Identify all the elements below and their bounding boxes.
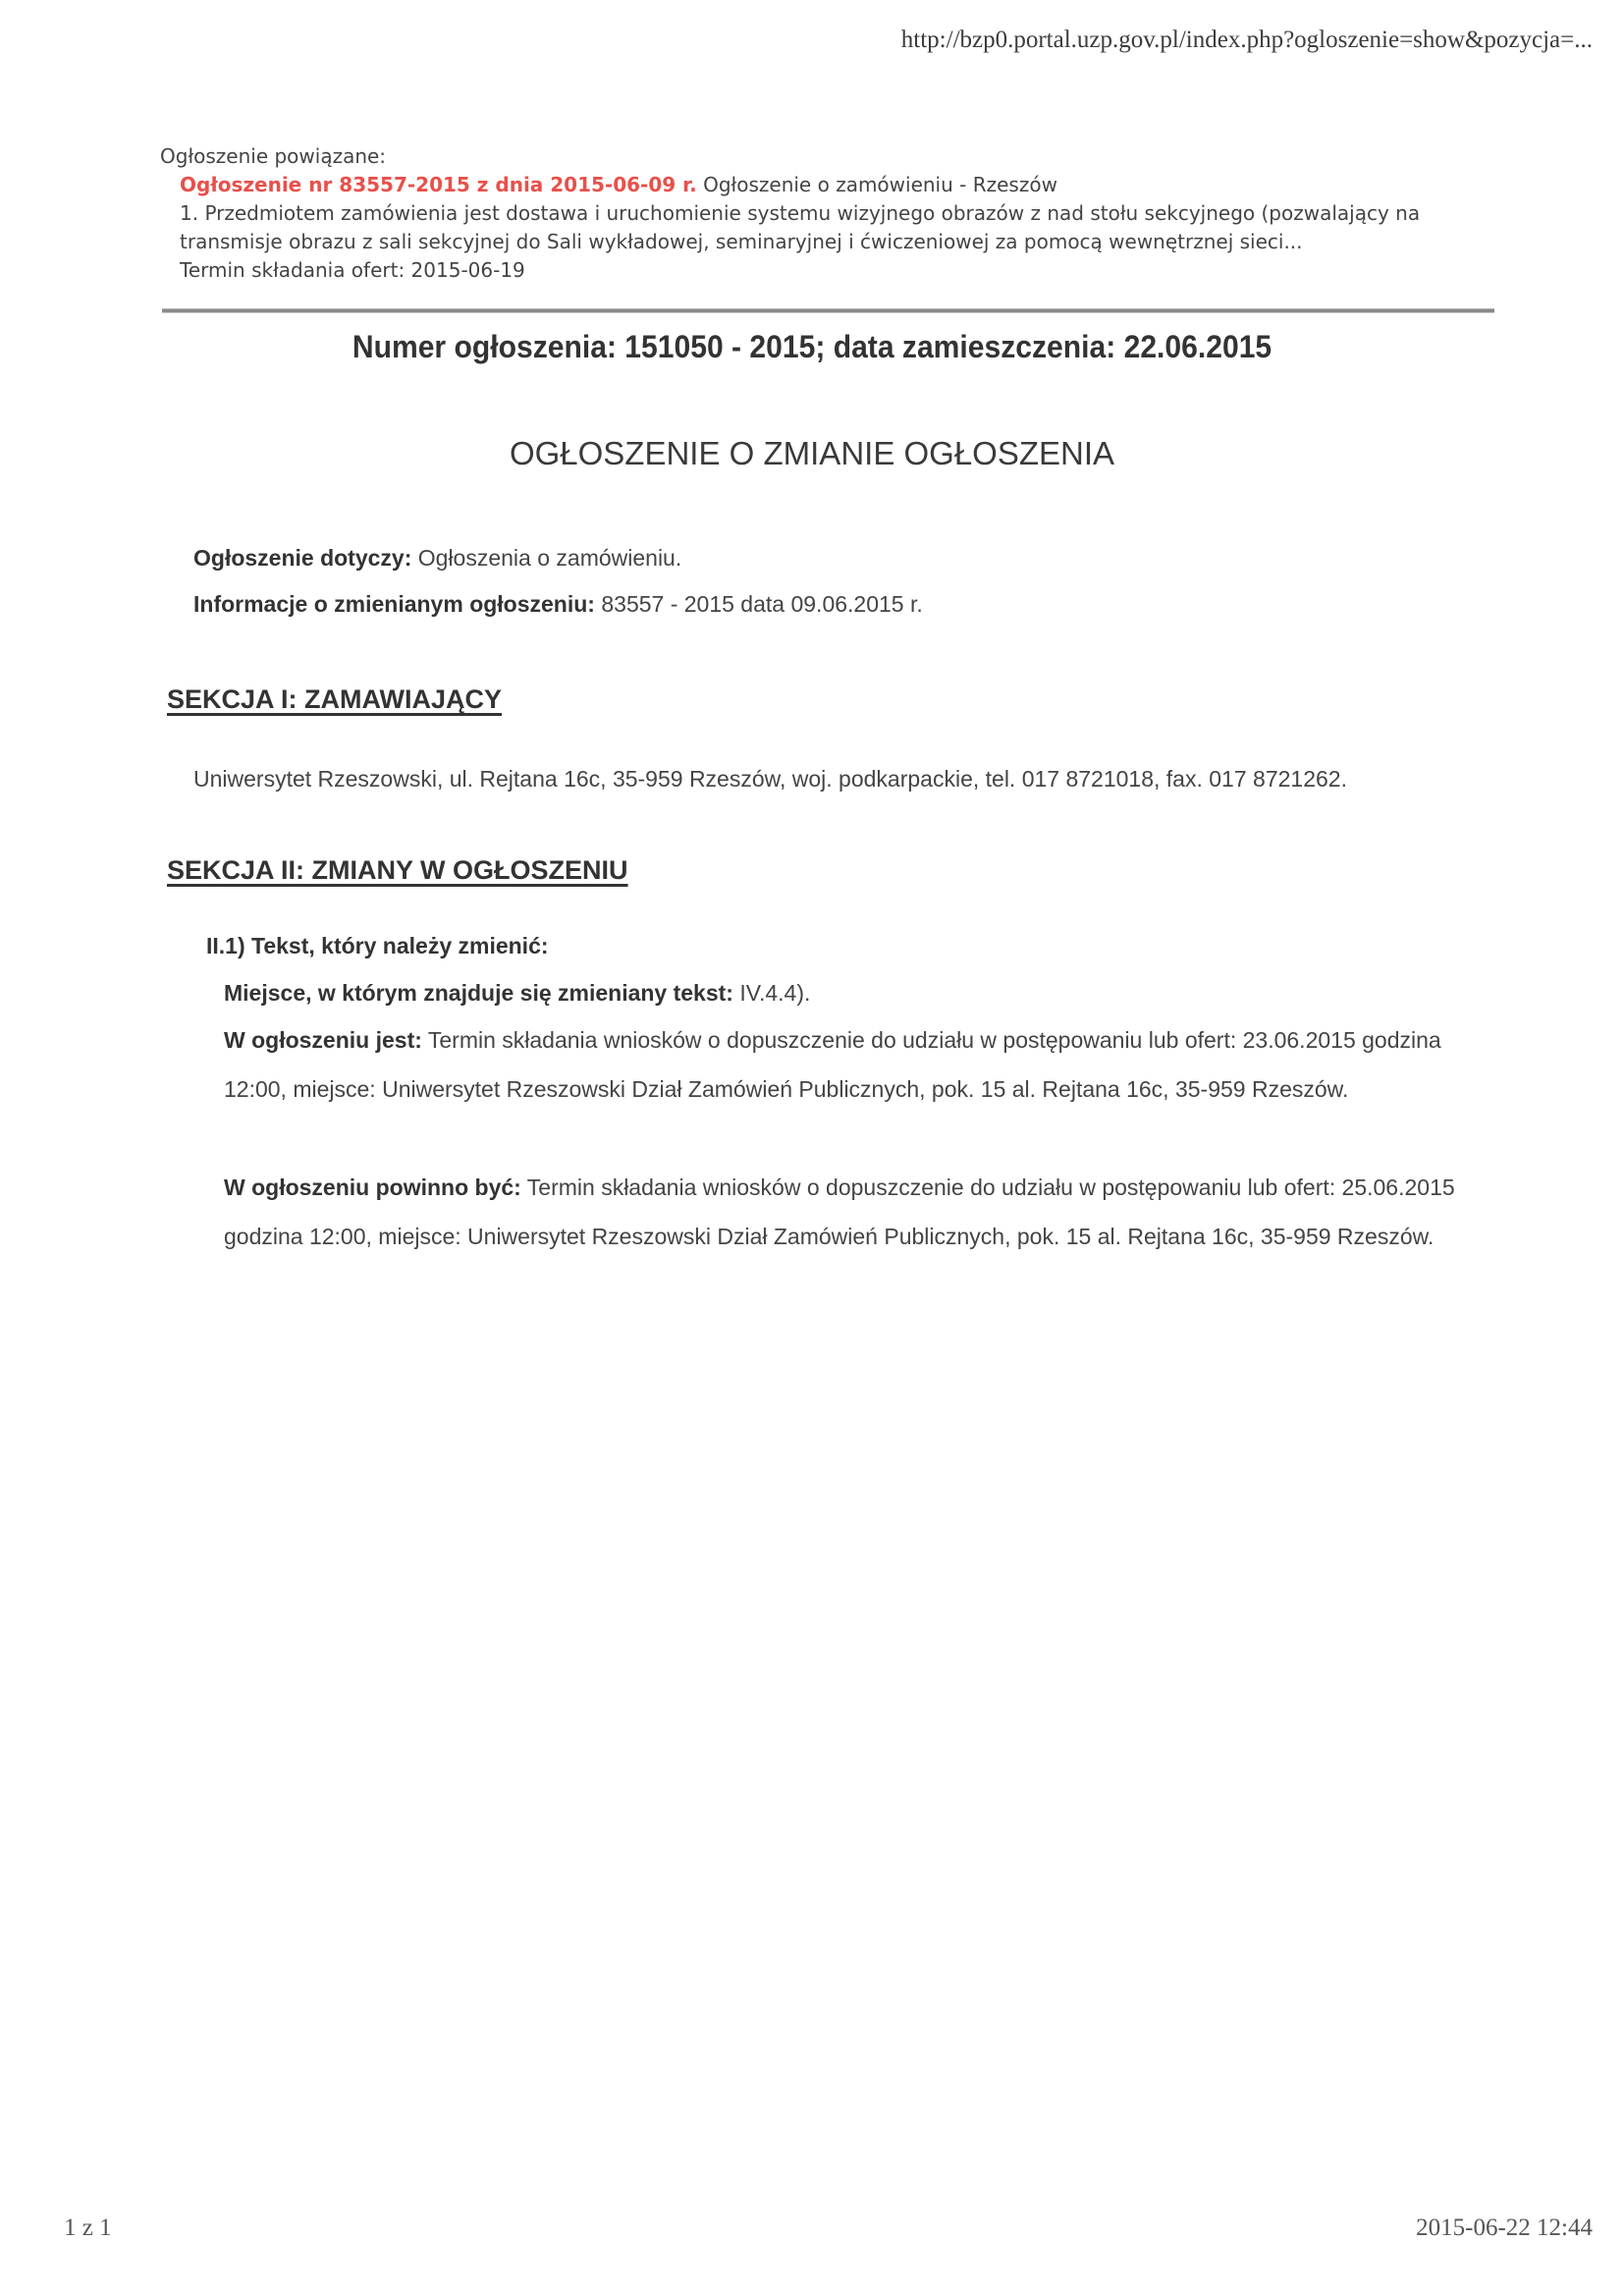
notice-number-title: Numer ogłoszenia: 151050 - 2015; data za… (49, 329, 1576, 365)
changed-place-label: Miejsce, w którym znajduje się zmieniany… (224, 980, 733, 1006)
section-2-heading: SEKCJA II: ZMIANY W OGŁOSZENIU (167, 855, 628, 886)
related-notice-link[interactable]: Ogłoszenie nr 83557-2015 z dnia 2015-06-… (180, 173, 697, 196)
related-link-line: Ogłoszenie nr 83557-2015 z dnia 2015-06-… (180, 171, 1495, 199)
notice-info: Informacje o zmienianym ogłoszeniu: 8355… (193, 591, 923, 618)
notice-info-value: 83557 - 2015 data 09.06.2015 r. (595, 591, 923, 617)
notice-concerns: Ogłoszenie dotyczy: Ogłoszenia o zamówie… (193, 545, 681, 572)
notice-concerns-value: Ogłoszenia o zamówieniu. (411, 545, 681, 571)
new-text: W ogłoszeniu powinno być: Termin składan… (224, 1163, 1500, 1261)
notice-concerns-label: Ogłoszenie dotyczy: (193, 545, 411, 571)
notice-info-label: Informacje o zmienianym ogłoszeniu: (193, 591, 595, 617)
page-counter: 1 z 1 (64, 2214, 112, 2242)
print-timestamp: 2015-06-22 12:44 (1416, 2214, 1593, 2242)
related-description: 1. Przedmiotem zamówienia jest dostawa i… (180, 199, 1495, 256)
page-url-header: http://bzp0.portal.uzp.gov.pl/index.php?… (901, 27, 1593, 54)
changed-place: Miejsce, w którym znajduje się zmieniany… (224, 980, 810, 1007)
related-deadline: Termin składania ofert: 2015-06-19 (180, 256, 1495, 285)
section-2-item-label: II.1) Tekst, który należy zmienić: (206, 933, 549, 959)
related-notice: Ogłoszenie powiązane: Ogłoszenie nr 8355… (160, 142, 1495, 285)
related-label: Ogłoszenie powiązane: (160, 142, 1495, 171)
changed-place-value: IV.4.4). (733, 980, 810, 1006)
section-1-heading: SEKCJA I: ZAMAWIAJĄCY (167, 684, 502, 715)
horizontal-divider (162, 308, 1494, 313)
new-text-label: W ogłoszeniu powinno być: (224, 1175, 521, 1200)
section-2-item-label-text: II.1) Tekst, który należy zmienić: (206, 933, 549, 958)
current-text: W ogłoszeniu jest: Termin składania wnio… (224, 1015, 1500, 1114)
current-text-label: W ogłoszeniu jest: (224, 1027, 422, 1053)
related-block: Ogłoszenie nr 83557-2015 z dnia 2015-06-… (160, 171, 1495, 285)
related-link-suffix: Ogłoszenie o zamówieniu - Rzeszów (697, 173, 1057, 196)
section-1-contractor: Uniwersytet Rzeszowski, ul. Rejtana 16c,… (193, 766, 1347, 793)
notice-type-title: OGŁOSZENIE O ZMIANIE OGŁOSZENIA (0, 435, 1624, 472)
